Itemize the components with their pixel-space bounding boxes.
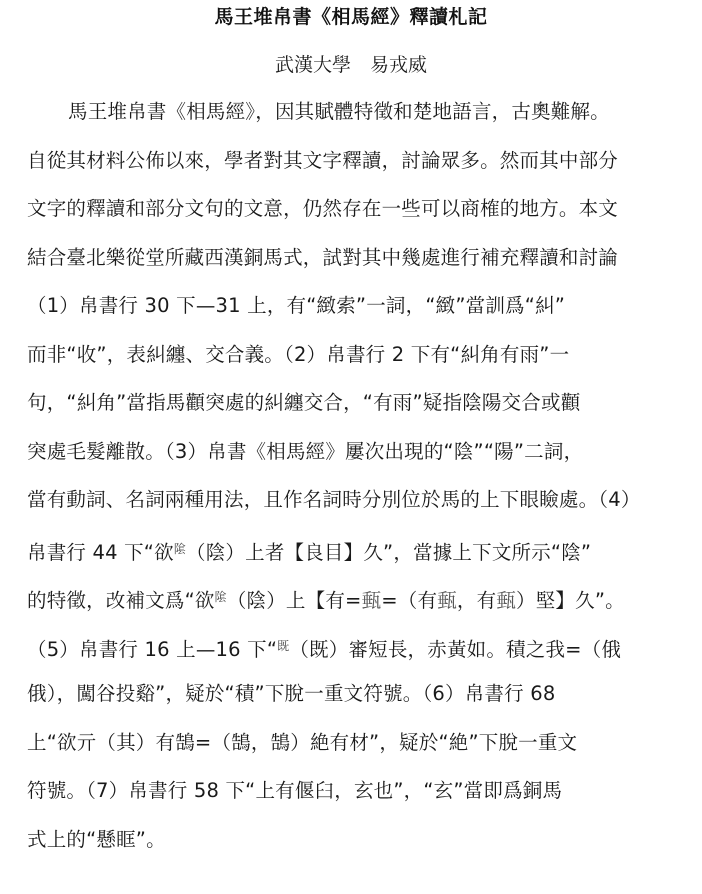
text-segment: ，有: [457, 589, 496, 612]
text-segment: （5）帛書行 16 上—16 下“: [27, 638, 277, 661]
abstract-line: 俄），闖谷投谿”，疑於“積”下脫一重文符號。（6）帛書行 68: [27, 679, 687, 728]
variant-glyph: 甀: [362, 589, 382, 612]
text-segment: （陰）上者【良目】久”，當據上下文所示“陰”: [186, 541, 591, 564]
abstract-line: 文字的釋讀和部分文句的文意，仍然存在一些可以商榷的地方。本文: [27, 194, 687, 243]
document-page: 馬王堆帛書《相馬經》釋讀札記 武漢大學 易戎威 馬王堆帛書《相馬經》，因其賦體特…: [0, 0, 702, 894]
abstract-line: 馬王堆帛書《相馬經》，因其賦體特徵和楚地語言，古奧難解。: [27, 97, 687, 146]
text-segment: （陰）上【有=: [227, 589, 362, 612]
variant-glyph: 甀: [437, 589, 457, 612]
abstract-line: 上“欲亓（其）有鵠=（鵠，鵠）絶有材”，疑於“絶”下脫一重文: [27, 728, 687, 777]
text-segment: =（有: [381, 589, 437, 612]
abstract-line: 帛書行 44 下“欲隂（陰）上者【良目】久”，當據上下文所示“陰”: [27, 534, 687, 583]
variant-glyph: 既: [277, 639, 289, 653]
abstract-line: 式上的“懸眶”。: [27, 825, 687, 855]
author-affiliation: 武漢大學 易戎威: [0, 50, 702, 80]
abstract-line: （5）帛書行 16 上—16 下“既（既）審短長，赤黃如。積之我=（俄: [27, 631, 687, 680]
text-segment: 的特徵，改補文爲“欲: [27, 589, 215, 612]
abstract-line: （1）帛書行 30 下—31 上，有“緻索”一詞，“緻”當訓爲“糾”: [27, 291, 687, 340]
text-segment: （既）審短長，赤黃如。積之我=（俄: [289, 638, 621, 661]
abstract-line: 而非“收”，表糾纏、交合義。（2）帛書行 2 下有“糾角有雨”一: [27, 340, 687, 389]
abstract-body: 馬王堆帛書《相馬經》，因其賦體特徵和楚地語言，古奧難解。 自從其材料公佈以來，學…: [27, 97, 687, 855]
abstract-line: 符號。（7）帛書行 58 下“上有偃臼，玄也”，“玄”當即爲銅馬: [27, 776, 687, 825]
abstract-line: 自從其材料公佈以來，學者對其文字釋讀，討論眾多。然而其中部分: [27, 146, 687, 195]
abstract-line: 結合臺北樂從堂所藏西漢銅馬式，試對其中幾處進行補充釋讀和討論: [27, 243, 687, 292]
variant-glyph: 隂: [215, 590, 227, 604]
abstract-line: 句，“糾角”當指馬顴突處的糾纏交合，“有雨”疑指陰陽交合或顴: [27, 388, 687, 437]
variant-glyph: 隂: [174, 542, 186, 556]
text-segment: ）堅】久”。: [516, 589, 625, 612]
variant-glyph: 甀: [496, 589, 516, 612]
abstract-line: 的特徵，改補文爲“欲隂（陰）上【有=甀=（有甀，有甀）堅】久”。: [27, 582, 687, 631]
text-segment: 帛書行 44 下“欲: [27, 541, 174, 564]
paper-title: 馬王堆帛書《相馬經》釋讀札記: [0, 2, 702, 32]
abstract-line: 當有動詞、名詞兩種用法，且作名詞時分別位於馬的上下眼瞼處。（4）: [27, 485, 687, 534]
abstract-line: 突處毛髮離散。（3）帛書《相馬經》屢次出現的“陰”“陽”二詞，: [27, 437, 687, 486]
